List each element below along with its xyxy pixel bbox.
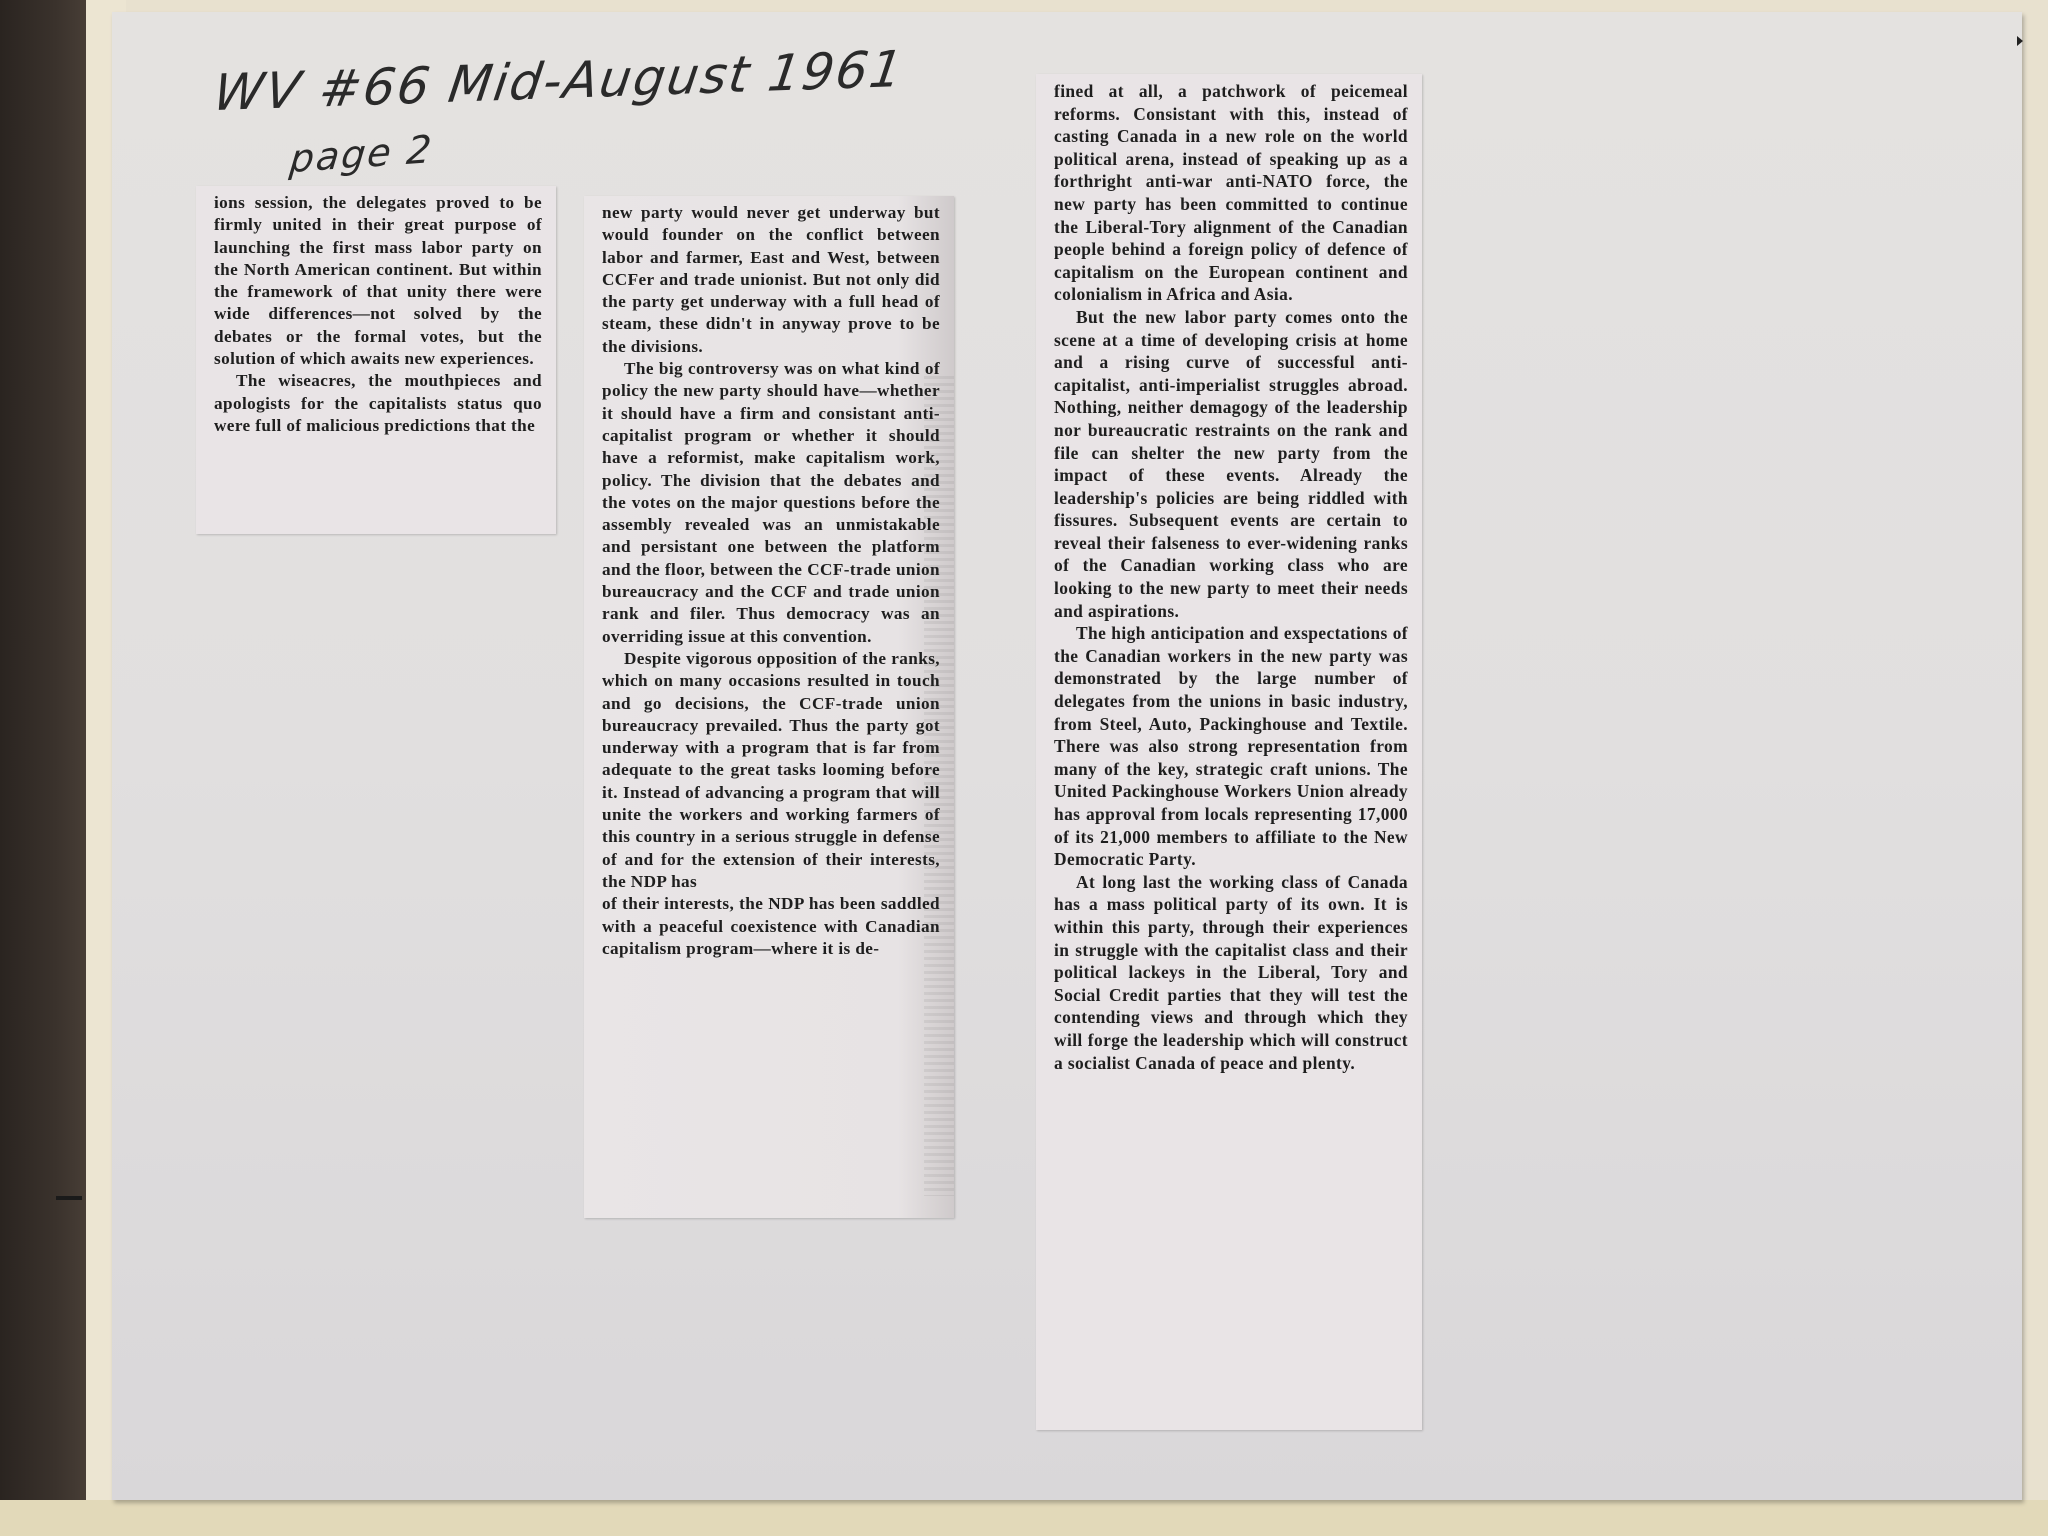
paragraph: The high anticipation and exspectations … [1054,622,1408,871]
print-speckle-texture [924,376,954,1196]
dark-backdrop [0,0,92,1536]
paragraph: Despite vigorous opposition of the ranks… [602,648,940,893]
paragraph: But the new labor party comes onto the s… [1054,306,1408,622]
paragraph: The big controversy was on what kind of … [602,358,940,648]
backing-board-strip [0,1500,2048,1536]
paragraph: At long last the working class of Canada… [1054,871,1408,1074]
paragraph: new party would never get underway but w… [602,202,940,358]
clipping-column-1: ions session, the delegates proved to be… [196,186,556,534]
paragraph: ions session, the delegates proved to be… [214,192,542,370]
clipping-column-2: new party would never get underway but w… [584,196,954,1218]
paragraph: of their interests, the NDP has been sad… [602,893,940,960]
paragraph: fined at all, a patchwork of peicemeal r… [1054,80,1408,306]
pointer-mark-icon [2017,36,2023,46]
margin-tick-mark [56,1196,82,1200]
clipping-column-3: fined at all, a patchwork of peicemeal r… [1036,74,1422,1430]
paragraph: The wiseacres, the mouthpieces and apolo… [214,370,542,437]
